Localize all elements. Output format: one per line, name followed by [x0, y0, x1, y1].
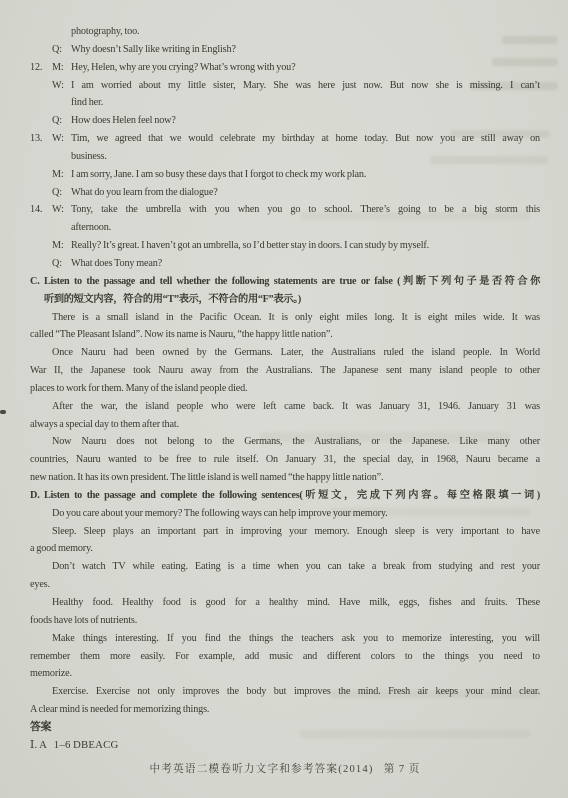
- dialogue-line: Q: What does Tony mean?: [30, 255, 540, 273]
- listening-transcript: photography, too. Q: Why doesn’t Sally l…: [0, 0, 568, 778]
- ink-speck-artifact: [0, 410, 6, 414]
- dialogue-line: M: I am sorry, Jane. I am so busy these …: [30, 166, 540, 184]
- speaker-label: W:: [52, 77, 71, 95]
- item-number: [30, 148, 52, 166]
- section-d-passage: Do you care about your memory? The follo…: [30, 505, 540, 719]
- speaker-label: M:: [52, 166, 71, 184]
- line-text: What does Tony mean?: [71, 255, 540, 273]
- item-number: 13.: [30, 130, 52, 148]
- passage-line: A clear mind is needed for memorizing th…: [30, 701, 540, 719]
- item-number: [30, 77, 52, 95]
- passage-line: After the war, the island people who wer…: [30, 398, 540, 416]
- dialogue-line: Q: Why doesn’t Sally like writing in Eng…: [30, 41, 540, 59]
- passage-line: foods have lots of nutrients.: [30, 612, 540, 630]
- dialogue-line: 12. M: Hey, Helen, why are you crying? W…: [30, 59, 540, 77]
- speaker-label: [52, 219, 71, 237]
- passage-line: new nation. It has its own president. Th…: [30, 469, 540, 487]
- item-number: 12.: [30, 59, 52, 77]
- passage-line: eyes.: [30, 576, 540, 594]
- passage-line: Do you care about your memory? The follo…: [30, 505, 540, 523]
- section-title-line: 听到的短文内容，符合的用“T”表示，不符合的用“F”表示。): [44, 291, 540, 309]
- item-number: [30, 184, 52, 202]
- dialogue-line: business.: [30, 148, 540, 166]
- passage-line: War II, the Japanese took Nauru away fro…: [30, 362, 540, 380]
- dialogue-line: afternoon.: [30, 219, 540, 237]
- speaker-label: [52, 148, 71, 166]
- passage-line: Healthy food. Healthy food is good for a…: [30, 594, 540, 612]
- line-text: Tim, we agreed that we would celebrate m…: [71, 130, 540, 148]
- section-label: C.: [30, 273, 44, 309]
- speaker-label: W:: [52, 130, 71, 148]
- passage-line: always a special day to them after that.: [30, 416, 540, 434]
- dialogue-line: 13. W: Tim, we agreed that we would cele…: [30, 130, 540, 148]
- section-c-passage: There is a small island in the Pacific O…: [30, 309, 540, 487]
- line-text: photography, too.: [71, 23, 540, 41]
- passage-line: a good memory.: [30, 540, 540, 558]
- scanned-exam-page: photography, too. Q: Why doesn’t Sally l…: [0, 0, 568, 798]
- answers-heading: 答案: [30, 719, 540, 737]
- item-number: [30, 255, 52, 273]
- line-text: Why doesn’t Sally like writing in Englis…: [71, 41, 540, 59]
- passage-line: countries, Nauru wanted to be free to ru…: [30, 451, 540, 469]
- section-d-header: D. Listen to the passage and complete th…: [30, 487, 540, 505]
- dialogue-line: Q: What do you learn from the dialogue?: [30, 184, 540, 202]
- speaker-label: Q:: [52, 255, 71, 273]
- line-text: What do you learn from the dialogue?: [71, 184, 540, 202]
- line-text: business.: [71, 148, 540, 166]
- passage-line: remember them more easily. For example, …: [30, 648, 540, 666]
- line-text: I am worried about my little sister, Mar…: [71, 77, 540, 95]
- line-text: I am sorry, Jane. I am so busy these day…: [71, 166, 540, 184]
- passage-line: There is a small island in the Pacific O…: [30, 309, 540, 327]
- speaker-label: W:: [52, 201, 71, 219]
- speaker-label: [52, 23, 71, 41]
- section-title: Listen to the passage and tell whether t…: [44, 273, 540, 309]
- dialogue-line: W: I am worried about my little sister, …: [30, 77, 540, 95]
- speaker-label: Q:: [52, 112, 71, 130]
- line-text: Tony, take the umbrella with you when yo…: [71, 201, 540, 219]
- dialogue-line: 14. W: Tony, take the umbrella with you …: [30, 201, 540, 219]
- line-text: Hey, Helen, why are you crying? What’s w…: [71, 59, 540, 77]
- passage-line: Make things interesting. If you find the…: [30, 630, 540, 648]
- line-text: find her.: [71, 94, 540, 112]
- item-number: [30, 166, 52, 184]
- item-number: [30, 94, 52, 112]
- item-number: [30, 41, 52, 59]
- dialogue-line: photography, too.: [30, 23, 540, 41]
- item-number: 14.: [30, 201, 52, 219]
- line-text: afternoon.: [71, 219, 540, 237]
- item-number: [30, 237, 52, 255]
- speaker-label: Q:: [52, 41, 71, 59]
- section-title-line: Listen to the passage and complete the f…: [44, 487, 540, 505]
- dialogue-line: Q: How does Helen feel now?: [30, 112, 540, 130]
- section-title-line: Listen to the passage and tell whether t…: [44, 273, 540, 291]
- passage-line: Sleep. Sleep plays an important part in …: [30, 523, 540, 541]
- section-title: Listen to the passage and complete the f…: [44, 487, 540, 505]
- speaker-label: M:: [52, 59, 71, 77]
- item-number: [30, 23, 52, 41]
- speaker-label: [52, 94, 71, 112]
- speaker-label: M:: [52, 237, 71, 255]
- passage-line: Exercise. Exercise not only improves the…: [30, 683, 540, 701]
- answer-key-line: Ⅰ. A 1–6 DBEACG: [30, 737, 540, 755]
- passage-line: places to work for them. Many of the isl…: [30, 380, 540, 398]
- section-label: D.: [30, 487, 44, 505]
- dialogue-line: find her.: [30, 94, 540, 112]
- dialogue-line: M: Really? It’s great. I haven’t got an …: [30, 237, 540, 255]
- line-text: How does Helen feel now?: [71, 112, 540, 130]
- passage-line: Once Nauru had been owned by the Germans…: [30, 344, 540, 362]
- passage-line: Don’t watch TV while eating. Eating is a…: [30, 558, 540, 576]
- passage-line: called “The Pleasant Island”. Now its na…: [30, 326, 540, 344]
- item-number: [30, 219, 52, 237]
- passage-line: Now Nauru does not belong to the Germans…: [30, 433, 540, 451]
- section-c-header: C. Listen to the passage and tell whethe…: [30, 273, 540, 309]
- speaker-label: Q:: [52, 184, 71, 202]
- passage-line: memorize.: [30, 665, 540, 683]
- item-number: [30, 112, 52, 130]
- page-footer: 中考英语二模卷听力文字和参考答案(2014) 第 7 页: [30, 761, 540, 779]
- line-text: Really? It’s great. I haven’t got an umb…: [71, 237, 540, 255]
